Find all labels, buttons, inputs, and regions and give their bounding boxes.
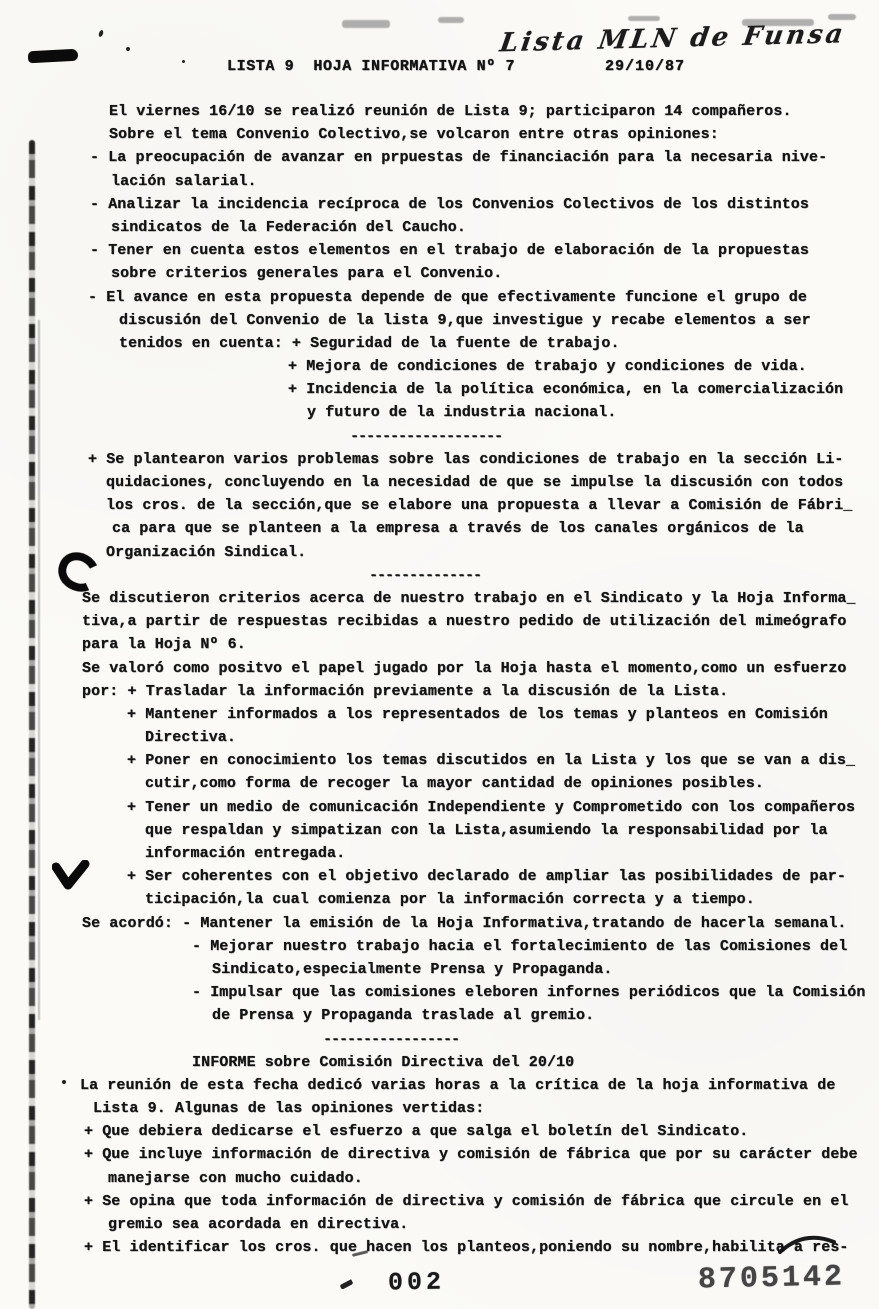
text-line: Sobre el tema Convenio Colectivo,se volc… (109, 123, 879, 146)
text-line: + Se opina que toda información de direc… (84, 1190, 879, 1213)
text-line: los cros. de la sección,que se elabore u… (106, 494, 879, 517)
text-line: + Se plantearon varios problemas sobre l… (88, 448, 879, 471)
text-line: + Tener un medio de comunicación Indepen… (127, 796, 879, 819)
text-line: + Poner en conocimiento los temas discut… (127, 749, 879, 772)
text-line: - La preocupación de avanzar en prpuesta… (90, 146, 879, 169)
text-line: ca para que se planteen a la empresa a t… (112, 517, 879, 540)
text-line: información entregada. (145, 842, 879, 865)
divider-line: ----------------- (323, 1028, 879, 1051)
document-title: LISTA 9 HOJA INFORMATIVA Nº 7 (227, 58, 515, 75)
text-line: - Impulsar que las comisiones eleboren i… (192, 981, 879, 1004)
top-smudge (438, 17, 464, 23)
text-line: + Que debiera dedicarse el esfuerzo a qu… (84, 1120, 879, 1143)
top-smudge (342, 20, 390, 28)
text-line: - Analizar la incidencia recíproca de lo… (90, 193, 879, 216)
text-line: La reunión de esta fecha dedicó varias h… (80, 1074, 879, 1097)
text-line: por: + Trasladar la información previame… (82, 680, 879, 703)
text-line: tiva,a partir de respuestas recibidas a … (82, 610, 879, 633)
text-line: Organización Sindical. (106, 541, 879, 564)
text-line: para la Hoja Nº 6. (82, 633, 879, 656)
text-line: discusión del Convenio de la lista 9,que… (119, 309, 879, 332)
archive-stamp-number: 8705142 (698, 1260, 846, 1297)
top-smudge (628, 16, 660, 21)
text-line: cutir,como forma de recoger la mayor can… (145, 772, 879, 795)
ink-speck (182, 60, 185, 63)
text-line: + Ser coherentes con el objetivo declara… (127, 865, 879, 888)
text-line: + El identificar los cros. que hacen los… (84, 1236, 879, 1259)
ink-speck (98, 30, 104, 38)
text-line: Sindicato,especialmente Prensa y Propaga… (212, 958, 879, 981)
document-lines: El viernes 16/10 se realizó reunión de L… (82, 100, 879, 1259)
text-line: y futuro de la industria nacional. (307, 401, 879, 424)
text-line: quidaciones, concluyendo en la necesidad… (106, 471, 879, 494)
document-date: 29/10/87 (605, 58, 685, 75)
ink-speck (126, 47, 130, 51)
left-edge-scan-streak (29, 140, 35, 1309)
text-line: - El avance en esta propuesta depende de… (88, 286, 879, 309)
ink-arrow-mark (340, 1279, 354, 1290)
text-line: manejarse con mucho cuidado. (108, 1167, 879, 1190)
text-line: sobre criterios generales para el Conven… (111, 262, 879, 285)
scanned-document-page: Lista MLN de Funsa LISTA 9 HOJA INFORMAT… (0, 0, 879, 1309)
text-line: Se discutieron criterios acerca de nuest… (82, 587, 879, 610)
divider-line: ------------------- (350, 425, 879, 448)
page-number: 002 (388, 1268, 446, 1298)
text-line: lación salarial. (111, 170, 879, 193)
text-line: gremio sea acordada en directiva. (108, 1213, 879, 1236)
ink-dash-mark (28, 49, 79, 64)
text-line: + Que incluye información de directiva y… (84, 1143, 879, 1166)
text-line: ticipación,la cual comienza por la infor… (145, 888, 879, 911)
text-line: Se acordó: - Mantener la emisión de la H… (82, 912, 879, 935)
divider-line: -------------- (369, 564, 879, 587)
text-line: + Mantener informados a los representado… (127, 703, 879, 726)
text-line: - Tener en cuenta estos elementos en el … (90, 239, 879, 262)
text-line: sindicatos de la Federación del Caucho. (111, 216, 879, 239)
text-line: - Mejorar nuestro trabajo hacia el forta… (192, 935, 879, 958)
text-line: + Incidencia de la política económica, e… (288, 378, 879, 401)
text-line: + Mejora de condiciones de trabajo y con… (288, 355, 879, 378)
text-line: Lista 9. Algunas de las opiniones vertid… (93, 1097, 879, 1120)
left-edge-scan-streak-faint (38, 320, 40, 1020)
handwritten-header-note: Lista MLN de Funsa (498, 20, 832, 59)
text-line: El viernes 16/10 se realizó reunión de L… (109, 100, 879, 123)
text-line: Se valoró como positvo el papel jugado p… (82, 657, 879, 680)
text-line: que respaldan y simpatizan con la Lista,… (145, 819, 879, 842)
text-line: de Prensa y Propaganda traslade al gremi… (212, 1004, 879, 1027)
ink-speck (62, 1080, 66, 1084)
text-line: Directiva. (145, 726, 879, 749)
text-line: tenidos en cuenta: + Seguridad de la fue… (119, 332, 879, 355)
text-line: INFORME sobre Comisión Directiva del 20/… (192, 1051, 879, 1074)
